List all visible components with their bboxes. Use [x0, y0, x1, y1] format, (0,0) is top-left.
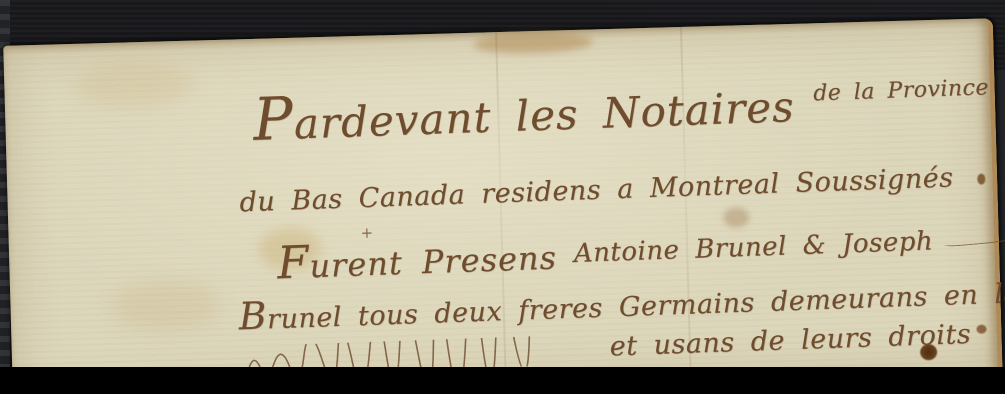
- manuscript-text: Furent Presens: [276, 227, 557, 290]
- stain: [473, 31, 594, 54]
- manuscript-text: de la Province: [813, 75, 990, 106]
- stain: [74, 61, 195, 110]
- ink-spot: [977, 174, 985, 185]
- paper-sheet: Pardevant les Notaires de la Province du…: [3, 18, 1003, 394]
- manuscript-text: Pardevant les Notaires: [252, 66, 796, 154]
- manuscript-text: et usans de leurs droits: [609, 319, 971, 363]
- manuscript-line-1: Pardevant les Notaires de la Province: [252, 59, 990, 154]
- stain: [110, 278, 221, 333]
- scan-bottom-black-bar: [0, 367, 1005, 394]
- ink-spot: [976, 325, 986, 334]
- scanned-manuscript: Pardevant les Notaires de la Province du…: [0, 0, 1005, 394]
- manuscript-text: du Bas Canada residens a Montreal Soussi…: [239, 162, 954, 218]
- pen-flourish-stroke: [944, 227, 1005, 248]
- manuscript-line-2: du Bas Canada residens a Montreal Soussi…: [239, 162, 954, 218]
- manuscript-text: Antoine Brunel & Joseph: [573, 226, 933, 269]
